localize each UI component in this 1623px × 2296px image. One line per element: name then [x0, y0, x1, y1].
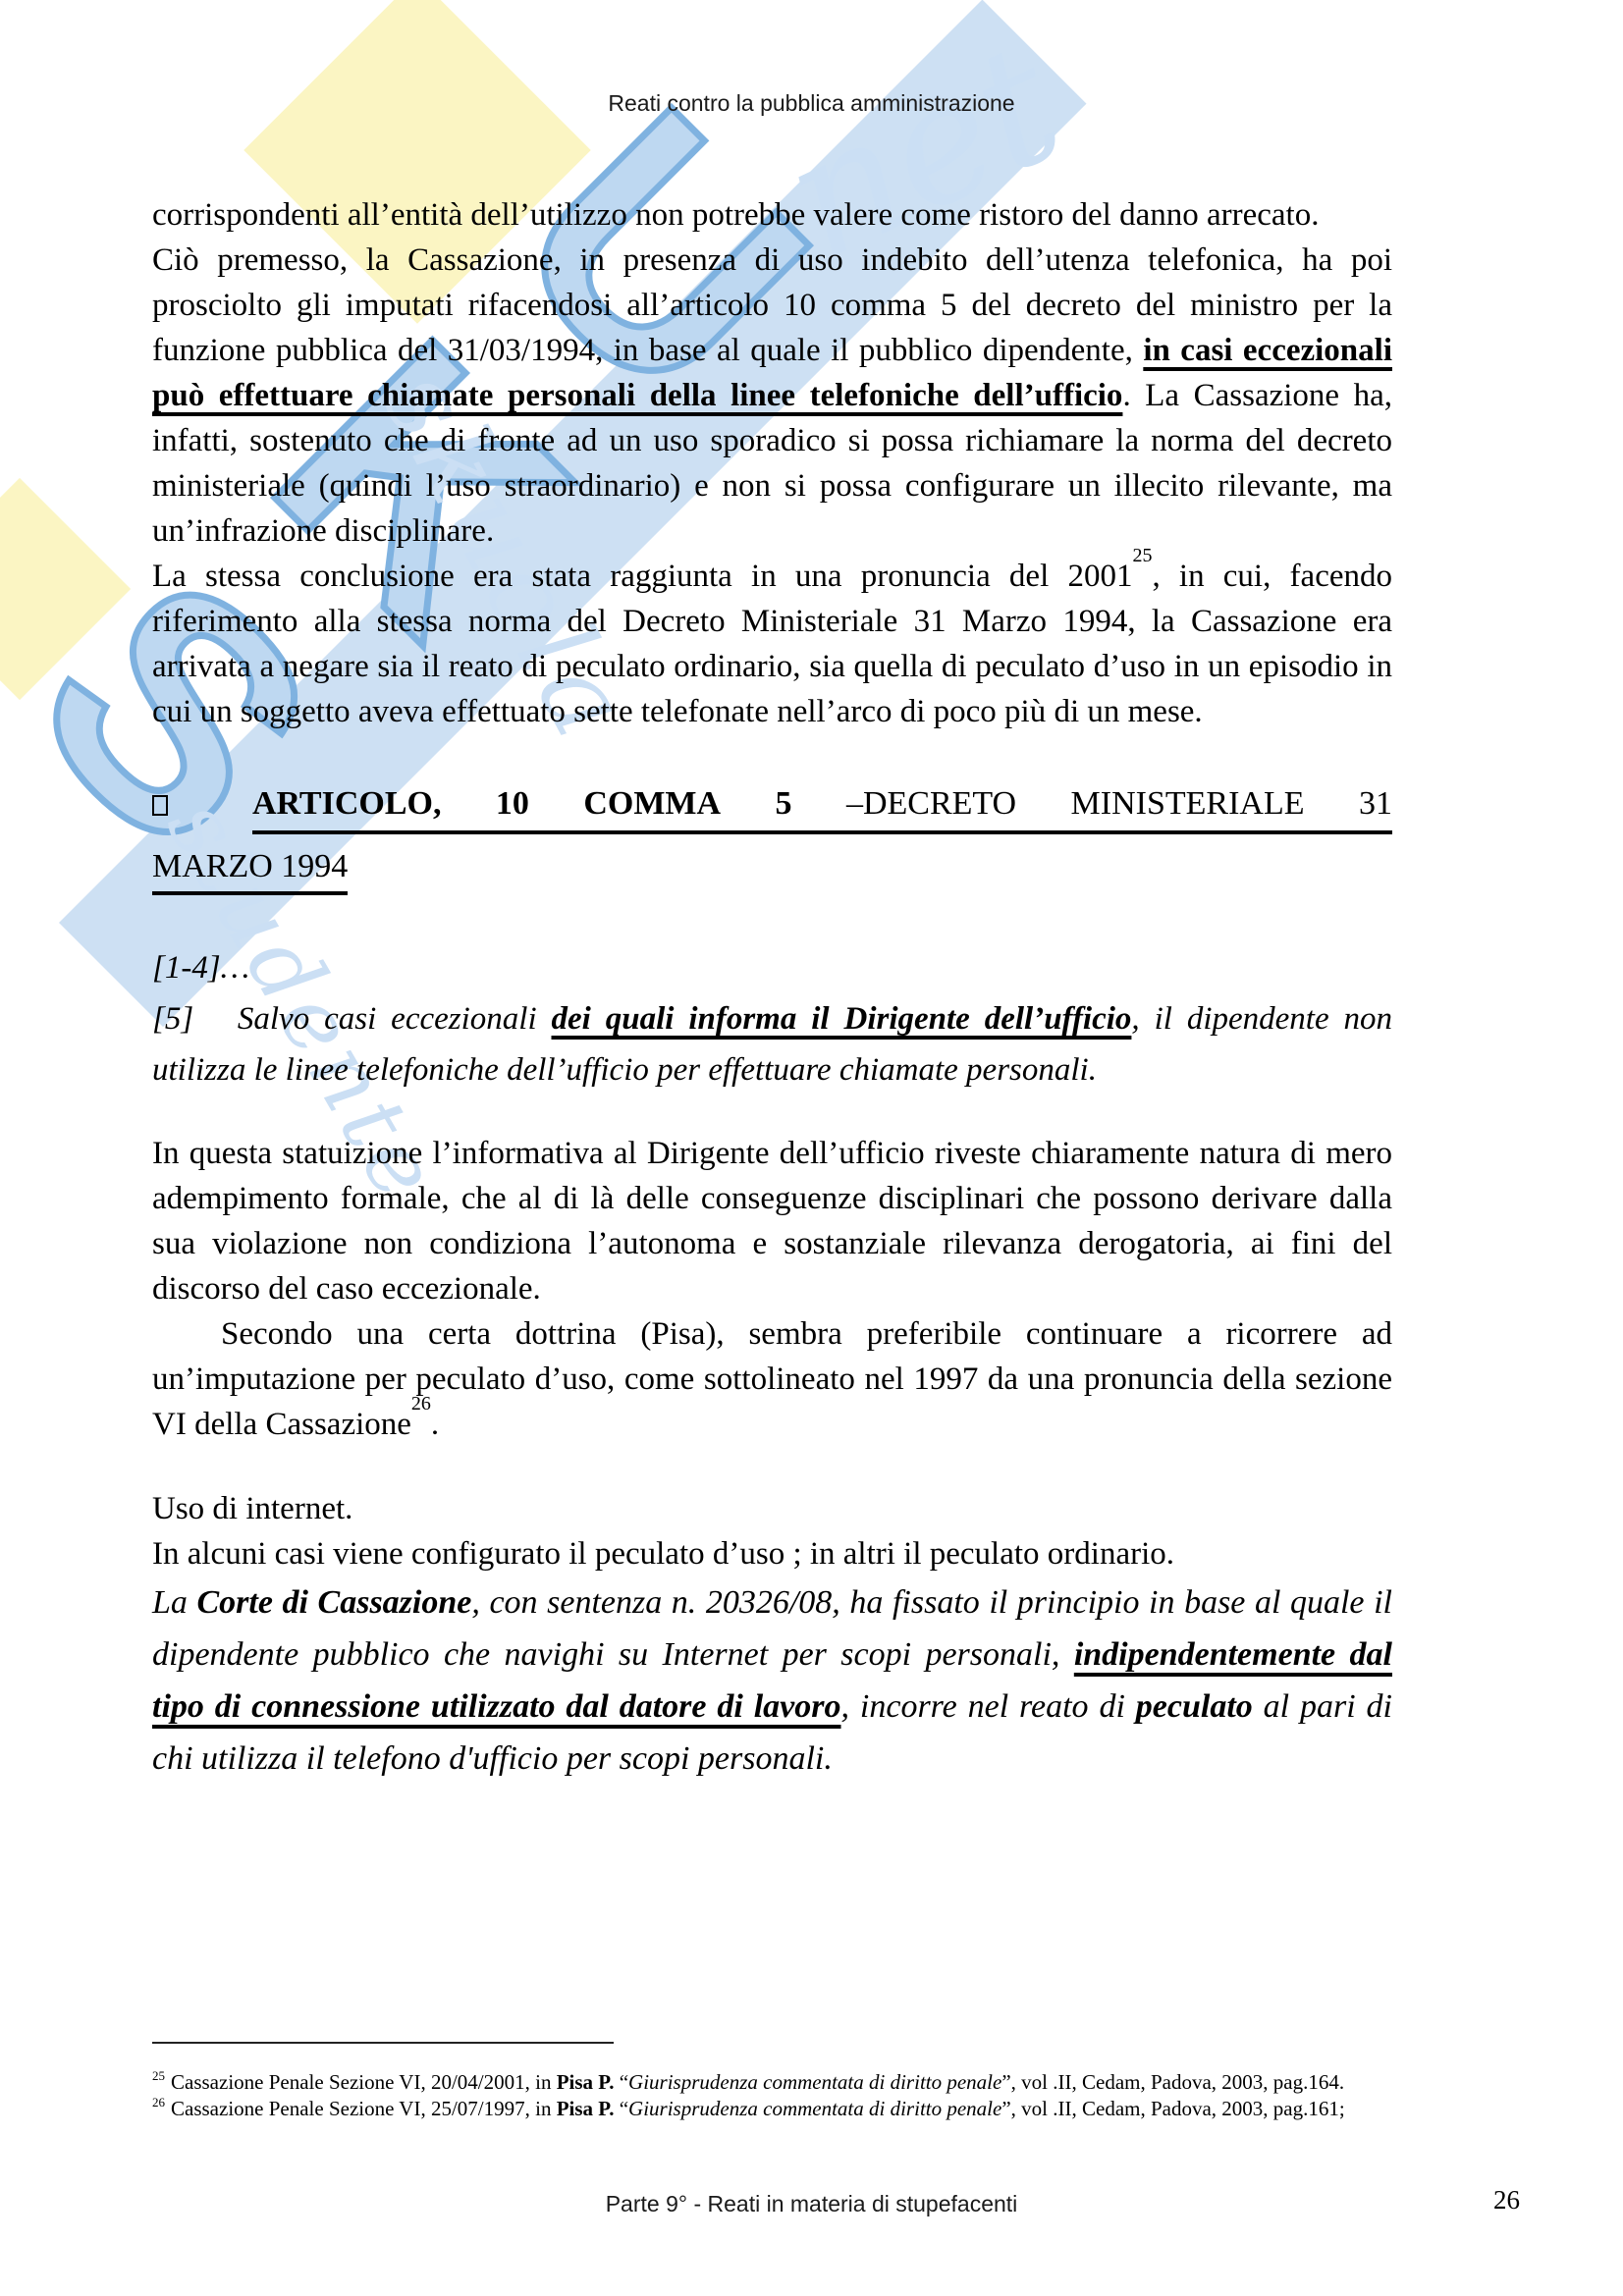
article-heading: ARTICOLO, 10 COMMA 5 –DECRETO MINISTERIA… — [152, 783, 1392, 834]
emphasis-bold: peculato — [1136, 1688, 1253, 1725]
footnote-reference-25: 25 — [1132, 545, 1152, 566]
article-commas-1-4: [1-4]… — [152, 942, 1392, 993]
footnote-author: Pisa P. — [557, 2070, 615, 2094]
running-footer: Parte 9° - Reati in materia di stupeface… — [0, 2191, 1623, 2217]
internet-use-line: In alcuni casi viene configurato il pecu… — [152, 1531, 1392, 1576]
footnote-divider — [152, 2042, 614, 2044]
paragraph-damage: corrispondenti all’entità dell’utilizzo … — [152, 192, 1392, 238]
internet-use-heading: Uso di internet. — [152, 1486, 1392, 1531]
square-bullet-icon — [152, 795, 168, 816]
footnote-26: 26Cassazione Penale Sezione VI, 25/07/19… — [152, 2096, 1507, 2122]
emphasis-bold-underline: dei quali informa il Dirigente dell’uffi… — [552, 1001, 1132, 1037]
paragraph-2001-ruling: La stessa conclusione era stata raggiunt… — [152, 554, 1392, 734]
internet-use-block: Uso di internet. In alcuni casi viene co… — [152, 1486, 1392, 1576]
paragraph-cassazione: Ciò premesso, la Cassazione, in presenza… — [152, 238, 1392, 554]
running-header: Reati contro la pubblica amministrazione — [0, 90, 1623, 117]
footnote-reference-26: 26 — [411, 1393, 431, 1415]
emphasis-bold: Corte di Cassazione — [197, 1584, 472, 1621]
article-heading-line2: MARZO 1994 — [152, 845, 1392, 895]
article-quote-block: [1-4]… [5] Salvo casi eccezionali dei qu… — [152, 942, 1392, 1095]
footnote-number: 26 — [152, 2095, 165, 2109]
footnote-number: 25 — [152, 2068, 165, 2083]
main-text-column: corrispondenti all’entità dell’utilizzo … — [152, 192, 1392, 1785]
footnote-author: Pisa P. — [557, 2097, 615, 2120]
commentary-block: In questa statuizione l’informativa al D… — [152, 1131, 1392, 1447]
footnote-title: Giurisprudenza commentata di diritto pen… — [628, 2097, 1001, 2120]
paragraph-dottrina: Secondo una certa dottrina (Pisa), sembr… — [152, 1311, 1392, 1447]
paragraph-sentenza-20326: La Corte di Cassazione, con sentenza n. … — [152, 1576, 1392, 1785]
paragraph-statuizione: In questa statuizione l’informativa al D… — [152, 1131, 1392, 1311]
document-page: S K U net skuola studente Reati contro l… — [0, 0, 1623, 2296]
article-heading-line1: ARTICOLO, 10 COMMA 5 –DECRETO MINISTERIA… — [252, 783, 1392, 834]
page-number: 26 — [1493, 2185, 1520, 2216]
watermark-yellow-diamond-small — [0, 478, 131, 700]
footnote-25: 25Cassazione Penale Sezione VI, 20/04/20… — [152, 2069, 1507, 2096]
footnote-title: Giurisprudenza commentata di diritto pen… — [628, 2070, 1001, 2094]
article-comma-5: [5] Salvo casi eccezionali dei quali inf… — [152, 993, 1392, 1095]
footnotes-section: 25Cassazione Penale Sezione VI, 20/04/20… — [152, 2042, 1507, 2122]
